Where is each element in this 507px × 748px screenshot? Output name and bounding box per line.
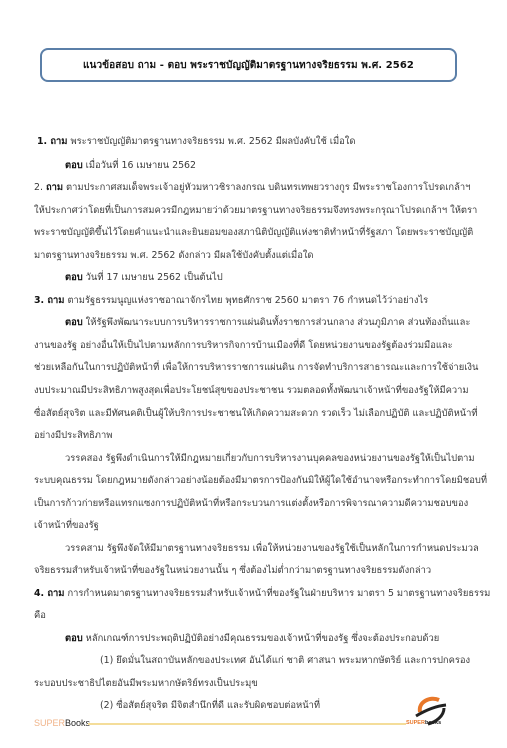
answer-label: ตอบ [65, 633, 83, 644]
footer-brand: SUPERBooks [34, 718, 90, 728]
footer-divider [88, 723, 406, 725]
answer-label: ตอบ [65, 160, 83, 171]
answer-1: ตอบ เมื่อวันที่ 16 เมษายน 2562 [65, 160, 196, 172]
text-line: ซื่อสัตย์สุจริต และมีทัศนคติเป็นผู้ให้บร… [34, 408, 478, 420]
question-label: 1. ถาม [37, 136, 67, 147]
text-line: ช่วยเหลือกันในการปฏิบัติหน้าที่ เพื่อให้… [34, 362, 478, 374]
text-line: พระราชบัญญัติขึ้นไว้โดยคำแนะนำและยินยอมข… [34, 227, 473, 239]
answer-label: ตอบ [65, 317, 83, 328]
text-line: งานของรัฐ อย่างอื่นให้เป็นไปตามหลักการบร… [34, 340, 453, 352]
answer-2: ตอบ วันที่ 17 เมษายน 2562 เป็นต้นไป [65, 272, 223, 284]
title-box: แนวข้อสอบ ถาม - ตอบ พระราชบัญญัติมาตรฐาน… [40, 48, 457, 82]
question-label: 3. ถาม [34, 295, 64, 306]
text-line: คือ [34, 610, 46, 622]
answer-label: ตอบ [65, 272, 83, 283]
answer-4: ตอบ หลักเกณฑ์การประพฤติปฏิบัติอย่างมีคุณ… [65, 633, 439, 645]
page-title: แนวข้อสอบ ถาม - ตอบ พระราชบัญญัติมาตรฐาน… [83, 58, 414, 73]
question-4: 4. ถาม การกำหนดมาตรฐานทางจริยธรรมสำหรับเ… [34, 588, 490, 600]
text-line: จริยธรรมสำหรับเจ้าหน้าที่ของรัฐในหน่วยงา… [34, 565, 431, 577]
question-1: 1. ถาม พระราชบัญญัติมาตรฐานทางจริยธรรม พ… [37, 136, 355, 148]
text-line: ระบบคุณธรรม โดยกฎหมายดังกล่าวอย่างน้อยต้… [34, 475, 487, 487]
text-line: ระบอบประชาธิปไตยอันมีพระมหากษัตริย์ทรงเป… [34, 678, 258, 690]
text-line: (1) ยึดมั่นในสถาบันหลักของประเทศ อันได้แ… [100, 655, 470, 667]
question-2: 2. ถาม ตามประกาศสมเด็จพระเจ้าอยู่หัวมหาว… [34, 182, 470, 194]
text-line: เป็นการก้าวก่ายหรือแทรกแซงการปฏิบัติหน้า… [34, 498, 468, 510]
question-3: 3. ถาม ตามรัฐธรรมนูญแห่งราชอาณาจักรไทย พ… [34, 295, 428, 307]
footer-logo-text: SUPERbooks [406, 720, 441, 726]
text-line: (2) ซื่อสัตย์สุจริต มีจิตสำนึกที่ดี และร… [100, 700, 320, 712]
question-label: 4. ถาม [34, 588, 64, 599]
text-line: ให้ประกาศว่าโดยที่เป็นการสมควรมีกฎหมายว่… [34, 205, 477, 217]
answer-3: ตอบ ให้รัฐพึงพัฒนาระบบการบริหารราชการแผ่… [65, 317, 470, 329]
text-line: งบประมาณมีประสิทธิภาพสูงสุดเพื่อประโยชน์… [34, 385, 469, 397]
text-line: มาตรฐานทางจริยธรรม พ.ศ. 2562 ดังกล่าว มี… [34, 250, 314, 262]
text-line: วรรคสอง รัฐพึงดำเนินการให้มีกฎหมายเกี่ยว… [65, 453, 475, 465]
text-line: วรรคสาม รัฐพึงจัดให้มีมาตรฐานทางจริยธรรม… [65, 543, 479, 555]
text-line: อย่างมีประสิทธิภาพ [34, 430, 112, 442]
question-label: ถาม [46, 182, 63, 193]
text-line: เจ้าหน้าที่ของรัฐ [34, 520, 99, 532]
